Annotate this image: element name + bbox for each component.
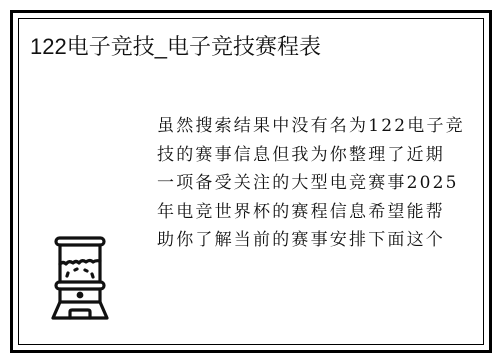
article-line: 年电竞世界杯的赛程信息希望能帮 (157, 198, 469, 227)
pet-feeder-icon (48, 236, 112, 322)
article-line: 技的赛事信息但我为你整理了近期 (157, 141, 469, 170)
article-text: 虽然搜索结果中没有名为122电子竞 技的赛事信息但我为你整理了近期 一项备受关注… (157, 112, 469, 255)
article-line: 虽然搜索结果中没有名为122电子竞 (157, 112, 469, 141)
article-line: 一项备受关注的大型电竞赛事2025 (157, 169, 469, 198)
page-title: 122电子竞技_电子竞技赛程表 (30, 30, 321, 64)
article-line: 助你了解当前的赛事安排下面这个 (157, 226, 469, 255)
